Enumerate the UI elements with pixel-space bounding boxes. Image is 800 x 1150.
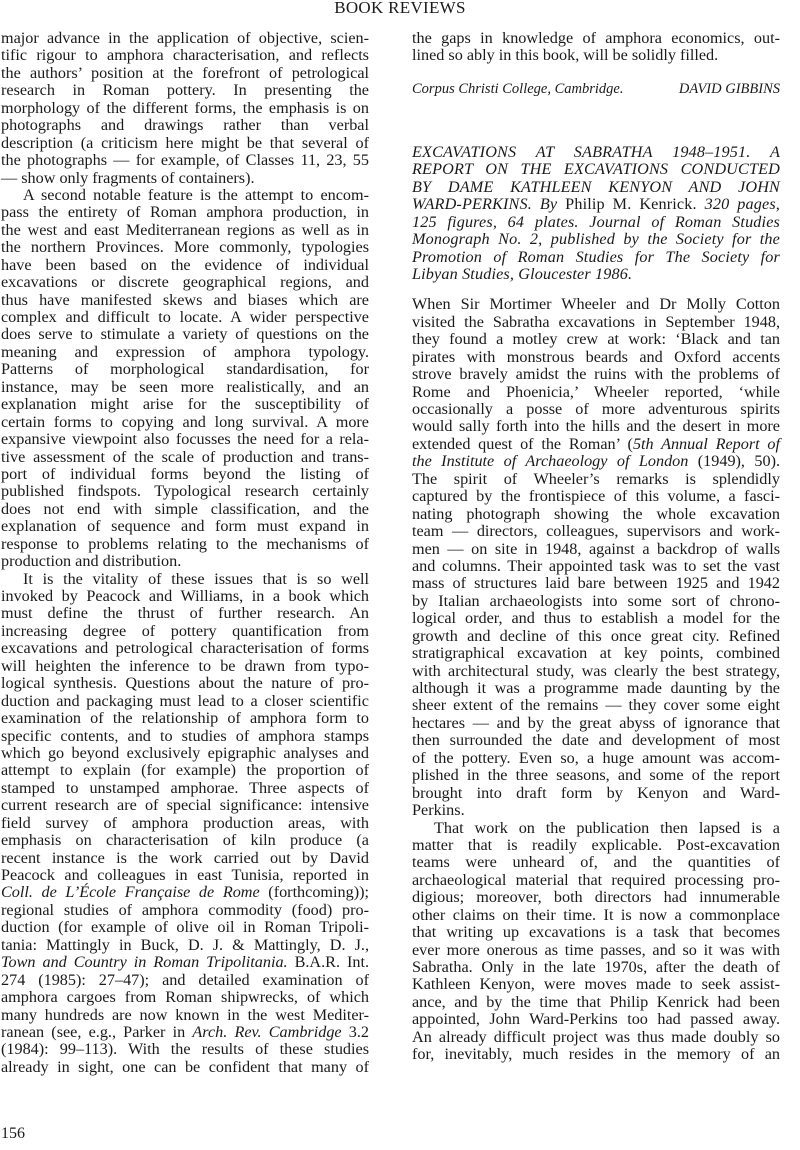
report-title: 5th Annual Report of (633, 435, 780, 453)
text-line: appointed, John Ward-Perkins too had pas… (412, 1011, 780, 1028)
text-line-citation: ranean (see, e.g., Parker in Arch. Rev. … (1, 1024, 369, 1041)
text-line: nating photograph showing the whole exca… (412, 506, 780, 523)
text-line: instance, may be seen more realistically… (1, 379, 369, 396)
title-line: Promotion of Roman Studies for The Socie… (412, 249, 780, 266)
text-line-citation: Coll. de L’École Française de Rome (fort… (1, 884, 369, 901)
paragraph-1: major advance in the application of obje… (1, 30, 369, 187)
text-line: that writing up excavations is a task th… (412, 924, 780, 941)
text-line: research in Roman pottery. In presenting… (1, 82, 369, 99)
text-line: ever more onerous as time passes, and so… (412, 942, 780, 959)
text-line: with architectural study, was clearly th… (412, 663, 780, 680)
text-line: response to problems relating to the mec… (1, 536, 369, 553)
text-line: Kathleen Kenyon, were moves made to seek… (412, 976, 780, 993)
text-line: When Sir Mortimer Wheeler and Dr Molly C… (412, 296, 780, 313)
text-line: would sally forth into the hills and the… (412, 418, 780, 435)
text-line: tania: Mattingly in Buck, D. J. & Mattin… (1, 937, 369, 954)
text-line: for, inevitably, much resides in the mem… (412, 1046, 780, 1063)
text-line: meaning and expression of amphora typolo… (1, 344, 369, 361)
text-line: plished in the three seasons, and some o… (412, 767, 780, 784)
text-line: invoked by Peacock and Williams, in a bo… (1, 588, 369, 605)
text-line: which go beyond exclusively epigraphic a… (1, 745, 369, 762)
text-line: complex and difficult to locate. A wider… (1, 309, 369, 326)
text-line: already in sight, one can be confident t… (1, 1059, 369, 1076)
reviewer-name: DAVID GIBBINS (679, 81, 780, 99)
text-line: sheer extent of the remains — they cover… (412, 697, 780, 714)
title-line: 125 figures, 64 plates. Journal of Roman… (412, 214, 780, 231)
text-line: teams were unheard of, and the quantitie… (412, 854, 780, 871)
text-line: stamped to unstamped amphorae. Three asp… (1, 780, 369, 797)
text-line: The spirit of Wheeler’s remarks is splen… (412, 471, 780, 488)
text-line: other claims on their time. It is now a … (412, 907, 780, 924)
text-line: the authors’ position at the forefront o… (1, 65, 369, 82)
text-line: then surrounded the date and development… (412, 732, 780, 749)
text-line: thus have manifested skews and biases wh… (1, 292, 369, 309)
text-line: Peacock and colleagues in east Tunisia, … (1, 867, 369, 884)
text-line: have been based on the evidence of indiv… (1, 257, 369, 274)
review-book-title: EXCAVATIONS AT SABRATHA 1948–1951. A REP… (412, 144, 780, 284)
text-line: captured by the frontispiece of this vol… (412, 488, 780, 505)
text-line: excavations and petrological characteris… (1, 640, 369, 657)
title-line: Monograph No. 2, published by the Societ… (412, 231, 780, 248)
text-line: digious; moreover, both directors had in… (412, 889, 780, 906)
text-line: logical order, and thus to establish a m… (412, 610, 780, 627)
text-line-citation: the Institute of Archaeology of London (… (412, 453, 780, 470)
title-line: REPORT ON THE EXCAVATIONS CONDUCTED (412, 161, 780, 178)
text-line: excavations or discrete geographical reg… (1, 274, 369, 291)
text-line: although it was a programme made dauntin… (412, 680, 780, 697)
text-line: 274 (1985): 27–47); and detailed examina… (1, 972, 369, 989)
text-line: and columns. Their appointed task was to… (412, 558, 780, 575)
book-author: Philip M. Kenrick. (557, 195, 696, 213)
text-line: tific rigour to amphora characterisation… (1, 47, 369, 64)
text-line: ance, and by the time that Philip Kenric… (412, 994, 780, 1011)
text-line: the northern Provinces. More commonly, t… (1, 239, 369, 256)
text-line: — show only fragments of containers). (1, 170, 369, 187)
text-line: team — directors, colleagues, supervisor… (412, 523, 780, 540)
text-line: morphology of the different forms, the e… (1, 100, 369, 117)
title-line: EXCAVATIONS AT SABRATHA 1948–1951. A (412, 144, 780, 161)
text-line: (1984): 99–113). With the results of the… (1, 1041, 369, 1058)
text-line: photographs and drawings rather than ver… (1, 117, 369, 134)
text-line: does serve to stimulate a variety of que… (1, 326, 369, 343)
text-line: many hundreds are now known in the west … (1, 1007, 369, 1024)
text-line: matter that is readily explicable. Post-… (412, 837, 780, 854)
text-line: the west and east Mediterranean regions … (1, 222, 369, 239)
review-paragraph-1: When Sir Mortimer Wheeler and Dr Molly C… (412, 296, 780, 819)
text-line: must define the thrust of further resear… (1, 605, 369, 622)
text-line: increasing degree of pottery quantificat… (1, 623, 369, 640)
text-line: lined so ably in this book, will be soli… (412, 47, 780, 64)
text-line: port of individual forms beyond the list… (1, 466, 369, 483)
title-line: Libyan Studies, Gloucester 1986. (412, 266, 780, 283)
running-header: BOOK REVIEWS (0, 0, 800, 19)
text-line-citation: extended quest of the Roman’ (5th Annual… (412, 436, 780, 453)
text-line: duction (for example of olive oil in Rom… (1, 919, 369, 936)
text-line: brought into draft form by Kenyon and Wa… (412, 785, 780, 802)
text-line: attempt to explain (for example) the pro… (1, 762, 369, 779)
review-continuation: the gaps in knowledge of amphora economi… (412, 30, 780, 65)
text-line: stratigraphical excavation at key points… (412, 645, 780, 662)
text-line: Perkins. (412, 802, 780, 819)
text-line: field survey of amphora production areas… (1, 815, 369, 832)
text-line: Sabratha. Only in the late 1970s, after … (412, 959, 780, 976)
text-line: visited the Sabratha excavations in Sept… (412, 314, 780, 331)
text-line: men — on site in 1948, against a backdro… (412, 541, 780, 558)
text-line: expansive viewpoint also focusses the ne… (1, 431, 369, 448)
text-line: the gaps in knowledge of amphora economi… (412, 30, 780, 47)
text-line: archaeological material that required pr… (412, 872, 780, 889)
text-line: does not end with simple classification,… (1, 501, 369, 518)
text-line: certain forms to copying and long surviv… (1, 414, 369, 431)
text-line: pass the entirety of Roman amphora produ… (1, 204, 369, 221)
text-line: That work on the publication then lapsed… (412, 820, 780, 837)
review-signature: Corpus Christi College, Cambridge. DAVID… (412, 81, 780, 99)
text-line: will heighten the inference to be drawn … (1, 658, 369, 675)
text-line: recent instance is the work carried out … (1, 850, 369, 867)
text-line: explanation of sequence and form must ex… (1, 518, 369, 535)
paragraph-3: It is the vitality of these issues that … (1, 571, 369, 1077)
text-line: hectares — and by the great abyss of ign… (412, 715, 780, 732)
text-line: published findspots. Typological researc… (1, 483, 369, 500)
text-line: occasionally a posse of more adventurous… (412, 401, 780, 418)
reviewer-affiliation: Corpus Christi College, Cambridge. (412, 81, 623, 99)
left-column: major advance in the application of obje… (1, 30, 369, 1076)
text-line: mass of structures laid bare between 192… (412, 575, 780, 592)
paragraph-2: A second notable feature is the attempt … (1, 187, 369, 571)
text-line: logical synthesis. Questions about the n… (1, 675, 369, 692)
text-line: current research are of special signific… (1, 797, 369, 814)
review-paragraph-2: That work on the publication then lapsed… (412, 820, 780, 1064)
text-line: by Italian archaeologists into some sort… (412, 593, 780, 610)
report-title: the Institute of Archaeology of London (412, 452, 688, 470)
text-line: It is the vitality of these issues that … (1, 571, 369, 588)
page-number: 156 (1, 1125, 25, 1143)
text-line: of the pottery. Even so, a huge amount w… (412, 750, 780, 767)
text-line: growth and decline of this once great ci… (412, 628, 780, 645)
text-line: duction and packaging must lead to a clo… (1, 693, 369, 710)
text-line: major advance in the application of obje… (1, 30, 369, 47)
text-line: An already difficult project was thus ma… (412, 1029, 780, 1046)
text-line: A second notable feature is the attempt … (1, 187, 369, 204)
text-line: Patterns of morphological standardisatio… (1, 361, 369, 378)
text-line: tive assessment of the scale of producti… (1, 449, 369, 466)
title-line: WARD-PERKINS. By Philip M. Kenrick. 320 … (412, 196, 780, 213)
text-line: regional studies of amphora commodity (f… (1, 902, 369, 919)
right-column: the gaps in knowledge of amphora economi… (412, 30, 780, 1064)
text-line: production and distribution. (1, 553, 369, 570)
journal-title: Coll. de L’École Française de Rome (1, 883, 260, 901)
text-line: description (a criticism here might be t… (1, 135, 369, 152)
text-line: explanation might arise for the suscepti… (1, 396, 369, 413)
text-line: examination of the relationship of ampho… (1, 710, 369, 727)
text-line: the photographs — for example, of Classe… (1, 152, 369, 169)
text-line: Rome and Phoenicia,’ Wheeler reported, ‘… (412, 384, 780, 401)
book-title: Town and Country in Roman Tripolitania. (1, 953, 288, 971)
text-line: specific contents, and to studies of amp… (1, 728, 369, 745)
journal-title: Arch. Rev. Cambridge (192, 1023, 341, 1041)
text-line-citation: Town and Country in Roman Tripolitania. … (1, 954, 369, 971)
title-line: BY DAME KATHLEEN KENYON AND JOHN (412, 179, 780, 196)
text-line: they found a motley crew at work: ‘Black… (412, 331, 780, 348)
text-line: emphasis on characterisation of kiln pro… (1, 832, 369, 849)
text-line: amphora cargoes from Roman shipwrecks, o… (1, 989, 369, 1006)
text-line: strove bravely amidst the ruins with the… (412, 366, 780, 383)
text-line: pirates with monstrous beards and Oxford… (412, 349, 780, 366)
